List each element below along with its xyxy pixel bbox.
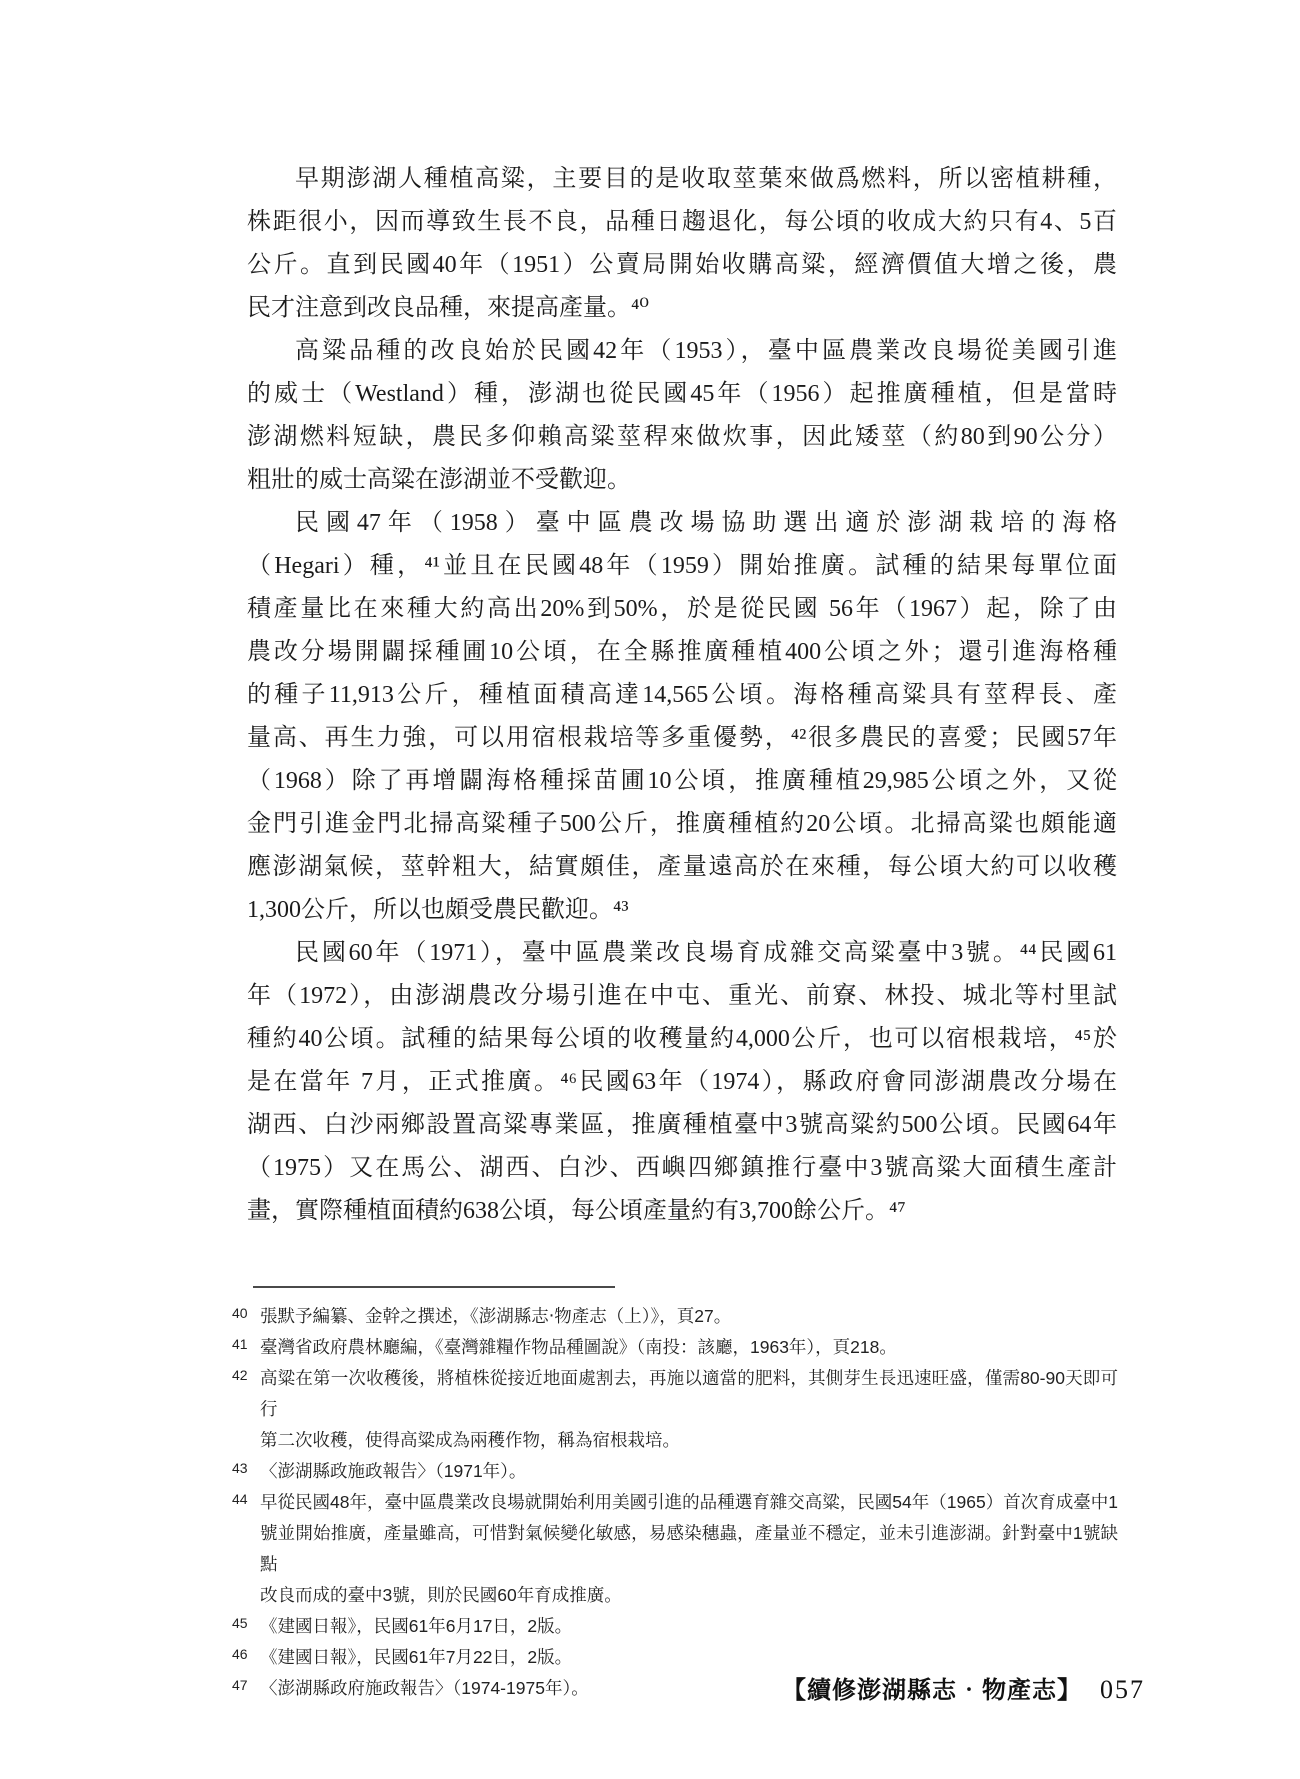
paragraph-3: 民國47年（1958）臺中區農改場協助選出適於澎湖栽培的海格 （Hegari）種… (247, 502, 1117, 932)
footnote-text-line: 高粱在第一次收穫後，將植株從接近地面處割去，再施以適當的肥料，其側芽生長迅速旺盛… (260, 1363, 1118, 1425)
footnote-46: 46 《建國日報》，民國61年7月22日，2版。 (232, 1642, 1118, 1673)
footnote-number: 42 (232, 1360, 248, 1391)
text-line: 是在當年 7月，正式推廣。⁴⁶民國63年（1974），縣政府會同澎湖農改分場在 (247, 1061, 1117, 1104)
text-line: 1,300公斤，所以也頗受農民歡迎。⁴³ (247, 889, 1117, 932)
book-page: 早期澎湖人種植高粱，主要目的是收取莖葉來做爲燃料，所以密植耕種， 株距很小，因而… (0, 0, 1300, 1779)
text-line: 早期澎湖人種植高粱，主要目的是收取莖葉來做爲燃料，所以密植耕種， (247, 158, 1117, 201)
footnote-number: 44 (232, 1484, 248, 1515)
page-footer: 【續修澎湖縣志‧物產志】 057 (782, 1670, 1145, 1705)
text-line: 民才注意到改良品種，來提高產量。⁴⁰ (247, 287, 1117, 330)
text-line: （1968）除了再增闢海格種採苗圃10公頃，推廣種植29,985公頃之外，又從 (247, 760, 1117, 803)
footnote-text-line: 〈澎湖縣政施政報告〉（1971年）。 (260, 1456, 1118, 1487)
text-line: 金門引進金門北掃高粱種子500公斤，推廣種植約20公頃。北掃高粱也頗能適 (247, 803, 1117, 846)
footnote-text-line: 張默予編纂、金幹之撰述，《澎湖縣志‧物產志（上）》，頁27。 (260, 1301, 1118, 1332)
footnote-text-line: 號並開始推廣，產量雖高，可惜對氣候變化敏感，易感染穗蟲，產量並不穩定，並未引進澎… (260, 1518, 1118, 1580)
footnote-number: 47 (232, 1670, 248, 1701)
footnote-text-line: 改良而成的臺中3號，則於民國60年育成推廣。 (260, 1580, 1118, 1611)
footnote-40: 40 張默予編纂、金幹之撰述，《澎湖縣志‧物產志（上）》，頁27。 (232, 1301, 1118, 1332)
text-line: 公斤。直到民國40年（1951）公賣局開始收購高粱，經濟價值大增之後，農 (247, 244, 1117, 287)
footnote-number: 46 (232, 1639, 248, 1670)
text-line: 澎湖燃料短缺，農民多仰賴高粱莖稈來做炊事，因此矮莖（約80到90公分） (247, 416, 1117, 459)
text-line: 種約40公頃。試種的結果每公頃的收穫量約4,000公斤，也可以宿根栽培，⁴⁵於 (247, 1018, 1117, 1061)
footnote-number: 40 (232, 1298, 248, 1329)
text-line: 積產量比在來種大約高出20%到50%，於是從民國 56年（1967）起，除了由 (247, 588, 1117, 631)
footnotes-section: 40 張默予編纂、金幹之撰述，《澎湖縣志‧物產志（上）》，頁27。 41 臺灣省… (232, 1301, 1118, 1704)
paragraph-4: 民國60年（1971），臺中區農業改良場育成雜交高粱臺中3號。⁴⁴民國61 年（… (247, 932, 1117, 1233)
text-line: 農改分場開闢採種圃10公頃，在全縣推廣種植400公頃之外；還引進海格種 (247, 631, 1117, 674)
text-line: 年（1972），由澎湖農改分場引進在中屯、重光、前寮、林投、城北等村里試 (247, 975, 1117, 1018)
footnote-41: 41 臺灣省政府農林廳編，《臺灣雜糧作物品種圖說》（南投：該廳，1963年），頁… (232, 1332, 1118, 1363)
footer-book-title: 【續修澎湖縣志‧物產志】 (782, 1670, 1082, 1705)
paragraph-2: 高粱品種的改良始於民國42年（1953），臺中區農業改良場從美國引進 的威士（W… (247, 330, 1117, 502)
footnote-44: 44 早從民國48年，臺中區農業改良場就開始利用美國引進的品種選育雜交高粱，民國… (232, 1487, 1118, 1611)
text-line: 湖西、白沙兩鄉設置高粱專業區，推廣種植臺中3號高粱約500公頃。民國64年 (247, 1104, 1117, 1147)
footnote-number: 43 (232, 1453, 248, 1484)
text-line: 的威士（Westland）種，澎湖也從民國45年（1956）起推廣種植，但是當時 (247, 373, 1117, 416)
text-line: 粗壯的威士高粱在澎湖並不受歡迎。 (247, 459, 1117, 502)
footnote-separator (253, 1286, 615, 1288)
text-line: （1975）又在馬公、湖西、白沙、西嶼四鄉鎮推行臺中3號高粱大面積生產計 (247, 1147, 1117, 1190)
footnote-text-line: 《建國日報》，民國61年6月17日，2版。 (260, 1611, 1118, 1642)
footnote-text-line: 《建國日報》，民國61年7月22日，2版。 (260, 1642, 1118, 1673)
text-line: 的種子11,913公斤，種植面積高達14,565公頃。海格種高粱具有莖稈長、產 (247, 674, 1117, 717)
footnote-text-line: 第二次收穫，使得高粱成為兩穫作物，稱為宿根栽培。 (260, 1425, 1118, 1456)
text-line: 量高、再生力強，可以用宿根栽培等多重優勢，⁴²很多農民的喜愛；民國57年 (247, 717, 1117, 760)
paragraph-1: 早期澎湖人種植高粱，主要目的是收取莖葉來做爲燃料，所以密植耕種， 株距很小，因而… (247, 158, 1117, 330)
footnote-number: 41 (232, 1329, 248, 1360)
body-text: 早期澎湖人種植高粱，主要目的是收取莖葉來做爲燃料，所以密植耕種， 株距很小，因而… (247, 158, 1117, 1233)
text-line: 應澎湖氣候，莖幹粗大，結實頗佳，產量遠高於在來種，每公頃大約可以收穫 (247, 846, 1117, 889)
footnote-text-line: 臺灣省政府農林廳編，《臺灣雜糧作物品種圖說》（南投：該廳，1963年），頁218… (260, 1332, 1118, 1363)
footnote-45: 45 《建國日報》，民國61年6月17日，2版。 (232, 1611, 1118, 1642)
text-line: 高粱品種的改良始於民國42年（1953），臺中區農業改良場從美國引進 (247, 330, 1117, 373)
footer-page-number: 057 (1100, 1675, 1145, 1705)
text-line: （Hegari）種，⁴¹並且在民國48年（1959）開始推廣。試種的結果每單位面 (247, 545, 1117, 588)
footnote-43: 43 〈澎湖縣政施政報告〉（1971年）。 (232, 1456, 1118, 1487)
text-line: 民國47年（1958）臺中區農改場協助選出適於澎湖栽培的海格 (247, 502, 1117, 545)
footnote-number: 45 (232, 1608, 248, 1639)
text-line: 株距很小，因而導致生長不良，品種日趨退化，每公頃的收成大約只有4、5百 (247, 201, 1117, 244)
text-line: 畫，實際種植面積約638公頃，每公頃產量約有3,700餘公斤。⁴⁷ (247, 1190, 1117, 1233)
footnote-text-line: 早從民國48年，臺中區農業改良場就開始利用美國引進的品種選育雜交高粱，民國54年… (260, 1487, 1118, 1518)
text-line: 民國60年（1971），臺中區農業改良場育成雜交高粱臺中3號。⁴⁴民國61 (247, 932, 1117, 975)
footnote-42: 42 高粱在第一次收穫後，將植株從接近地面處割去，再施以適當的肥料，其側芽生長迅… (232, 1363, 1118, 1456)
